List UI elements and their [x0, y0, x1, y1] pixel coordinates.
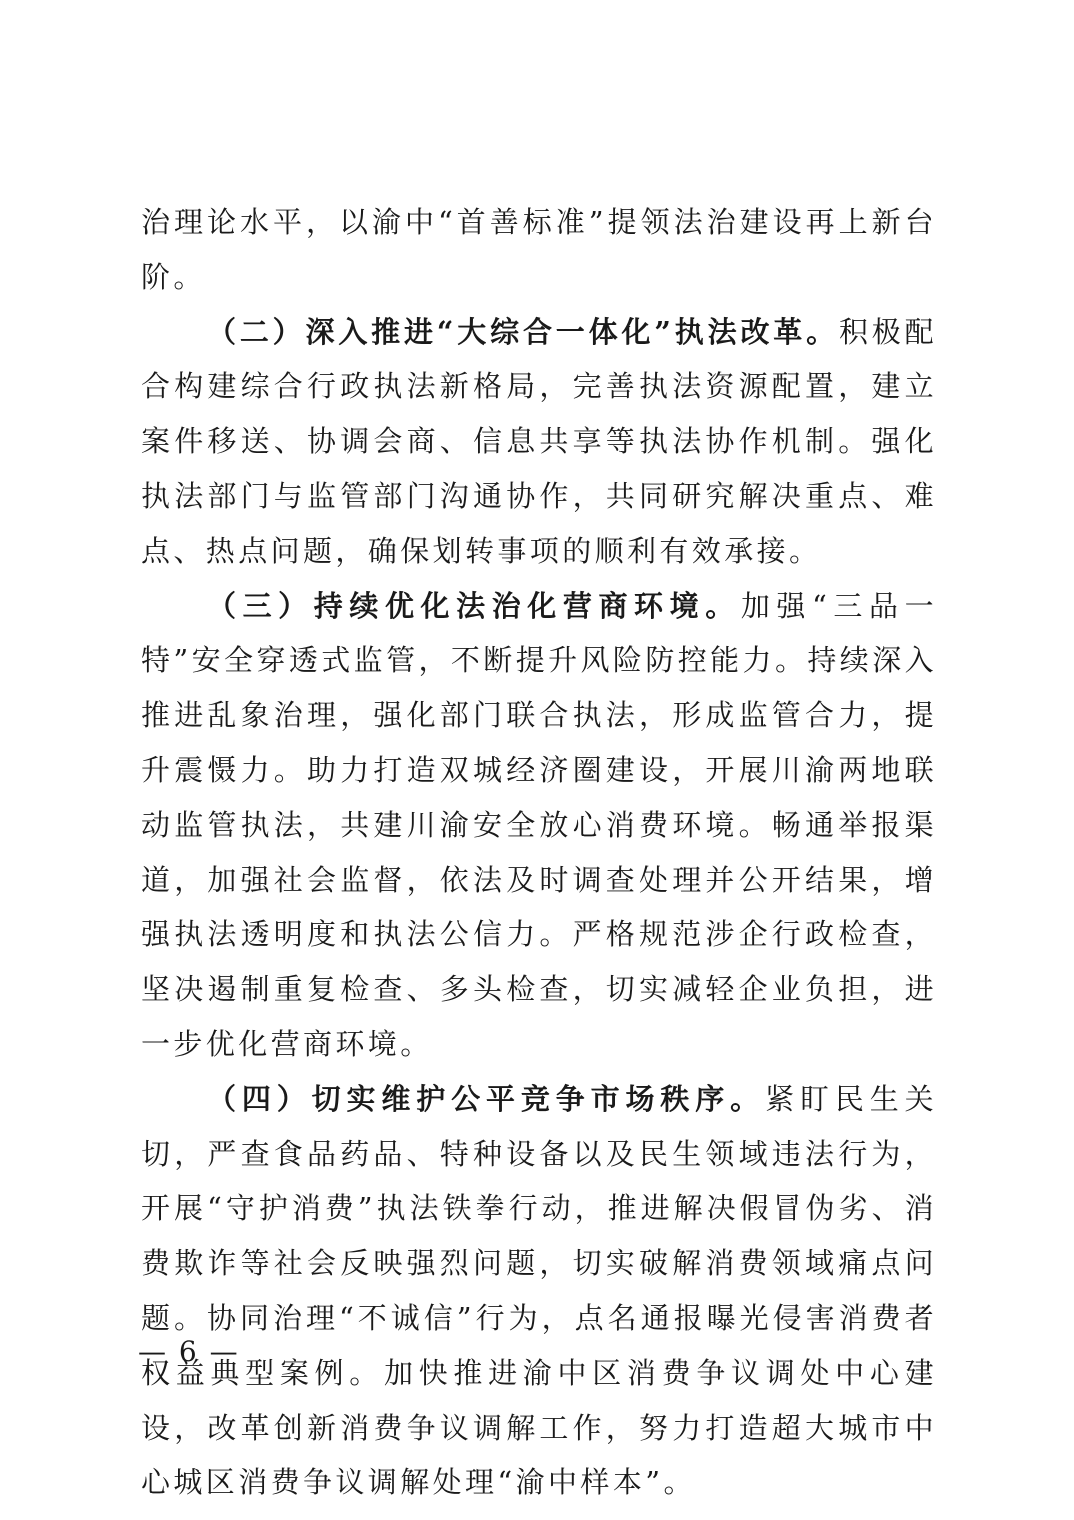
page-number: — 6 — [138, 1334, 240, 1370]
section-three-text: 加强“三品一特”安全穿透式监管，不断提升风险防控能力。持续深入推进乱象治理，强化… [141, 589, 937, 1061]
section-four-paragraph: （四）切实维护公平竞争市场秩序。紧盯民生关切，严查食品药品、特种设备以及民生领域… [141, 1072, 937, 1510]
paragraph-text: 治理论水平，以渝中“首善标准”提领法治建设再上新台阶。 [141, 205, 937, 294]
section-four-heading: （四）切实维护公平竞争市场秩序。 [207, 1082, 765, 1116]
document-page: 治理论水平，以渝中“首善标准”提领法治建设再上新台阶。 （二）深入推进“大综合一… [141, 195, 937, 1510]
section-four-text: 紧盯民生关切，严查食品药品、特种设备以及民生领域违法行为，开展“守护消费”执法铁… [141, 1082, 937, 1500]
section-three-paragraph: （三）持续优化法治化营商环境。加强“三品一特”安全穿透式监管，不断提升风险防控能… [141, 579, 937, 1072]
section-two-paragraph: （二）深入推进“大综合一体化”执法改革。积极配合构建综合行政执法新格局，完善执法… [141, 305, 937, 579]
paragraph-continuation: 治理论水平，以渝中“首善标准”提领法治建设再上新台阶。 [141, 195, 937, 305]
section-two-heading: （二）深入推进“大综合一体化”执法改革。 [207, 315, 839, 349]
section-three-heading: （三）持续优化法治化营商环境。 [207, 589, 741, 623]
section-two-text: 积极配合构建综合行政执法新格局，完善执法资源配置，建立案件移送、协调会商、信息共… [141, 315, 937, 568]
